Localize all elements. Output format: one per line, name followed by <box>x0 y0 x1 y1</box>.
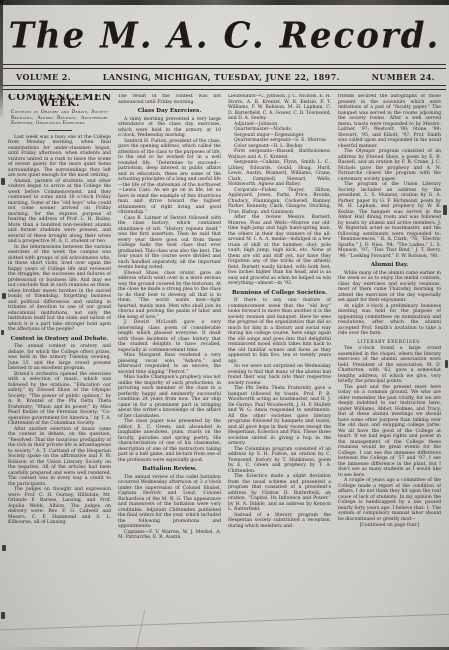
section-divider <box>48 130 72 131</box>
volume-label: VOLUME 2. <box>16 72 71 82</box>
column-3: Lieutenants—C. Johnson, J. C. Nichols, E… <box>228 94 331 650</box>
paragraph: Elwood Shaw, class orator, gave an addre… <box>118 271 221 321</box>
newspaper-page: The M. A. C. Record. VOLUME 2. LANSING, … <box>0 0 449 650</box>
paragraph: Instead of a literary program the Hesper… <box>228 513 331 530</box>
scan-artifact-speck <box>1 178 5 185</box>
paragraph: Sergeants—Calkins, Flynn, Smith L. C., L… <box>228 160 331 188</box>
scan-artifact-top-edge <box>0 0 449 5</box>
scan-artifact-speck <box>443 205 447 215</box>
paragraph: So we were not surprised on Wednesday ev… <box>228 364 331 386</box>
paragraph: J. Dewitt McLouth gave a very interestin… <box>118 320 221 353</box>
masthead: The M. A. C. Record. <box>0 0 449 64</box>
paragraph: The Olympic program consisted of an addr… <box>338 149 441 182</box>
paragraph: Ten o’clock found a large crowd assemble… <box>338 346 441 385</box>
paragraph: A rainy morning prevented a very large a… <box>118 117 221 139</box>
paragraph: The result of the contest was not announ… <box>118 94 221 105</box>
paragraph: Lieutenants—C. Johnson, J. C. Nichols, E… <box>228 94 331 122</box>
article-section-heading: Contest in Oratory and Debate. <box>8 337 111 343</box>
article-section-heading: Alumni Day. <box>338 263 441 269</box>
paragraph: In the intermissions between the various… <box>8 245 111 333</box>
paragraph: After the review Messrs. Burnett, Monroe… <box>228 215 331 287</box>
issue-number-label: NUMBER 24. <box>372 72 435 82</box>
paragraph: Captains—F. V. Warren, W. J. Merkel, A. … <box>118 530 221 541</box>
paragraph: friends secured the autographs of those … <box>338 94 441 149</box>
article-section-heading: Reunions of College Societies. <box>228 291 331 297</box>
scan-artifact-speck <box>1 612 5 619</box>
paragraph: The Columbian program consisted of an ad… <box>228 447 331 475</box>
paragraph: First sergeants—Russell, Bartholomew, Wa… <box>228 149 331 160</box>
scan-artifact-left-edge <box>0 0 3 120</box>
paragraph: Bristol’s orchestra opened the exercises… <box>8 372 111 427</box>
paragraph: The past and the present meet here today… <box>338 385 441 479</box>
paragraph: Alumni, parents of students, and other v… <box>8 179 111 245</box>
article-section-heading: Battalion Review. <box>118 467 221 473</box>
paragraph: The judges on thought and expression wer… <box>8 487 111 526</box>
paragraph: Corporals—Fisher, Thayer, Hilton, Appley… <box>228 188 331 216</box>
contents-summary: Contests in Oratory and Debate, Society … <box>8 110 111 127</box>
paragraph: The program of the Union Literary Societ… <box>338 182 441 259</box>
article-subheading: LITERARY EXERCISES. <box>338 340 441 346</box>
article-columns: COMMENCEMENT WEEK.Contests in Oratory an… <box>0 90 449 650</box>
scan-artifact-speck <box>2 545 6 551</box>
column-2: The result of the contest was not announ… <box>118 94 221 650</box>
paragraph: Miss Margaret Bass rendered a very pleas… <box>118 353 221 375</box>
paragraph: The class paper was presented by the edi… <box>118 419 221 463</box>
paragraph: The Phi Delta Theta Fraternity gave a ba… <box>228 386 331 447</box>
place-date-label: LANSING, MICHIGAN, TUESDAY, JUNE 22, 189… <box>71 72 372 82</box>
scan-artifact-speck <box>445 360 448 368</box>
paragraph: While many of the alumni came earlier in… <box>338 271 441 304</box>
paragraph: Sanford H. Fulton, president of the clas… <box>118 139 221 216</box>
scan-artifact-speck <box>1 330 4 335</box>
paragraph: If there is any one feature of commencem… <box>228 298 331 364</box>
scan-artifact-speck <box>2 293 6 299</box>
paragraph: Miss Sadie Champion’s prophecy was not u… <box>118 375 221 419</box>
paragraph: At eight o’clock a preliminary business … <box>338 304 441 337</box>
paragraph: The Eclectics made a slight deviation fr… <box>228 474 331 513</box>
article-section-heading: Class Day Exercises. <box>118 109 221 115</box>
dateline: VOLUME 2. LANSING, MICHIGAN, TUESDAY, JU… <box>0 69 449 85</box>
paragraph: After another selection of music came th… <box>8 427 111 488</box>
column-4: friends secured the autographs of those … <box>338 94 441 650</box>
paragraph: The annual contest in oratory and debate… <box>8 344 111 372</box>
paragraph: A couple of years ago a committee of the… <box>338 478 441 522</box>
column-1: COMMENCEMENT WEEK.Contests in Oratory an… <box>8 94 111 650</box>
paragraph: Cass B. Laitner of Detroit followed with… <box>118 216 221 271</box>
paragraph: Last week was a busy one at the College … <box>8 135 111 179</box>
continued-notice: [Continued on page four.] <box>338 523 441 529</box>
paragraph: Quartermaster sergeant—S. E. Morrow. <box>228 138 331 144</box>
article-main-heading: COMMENCEMENT WEEK. <box>8 95 111 106</box>
paragraph: The annual review of the cadet battalion… <box>118 475 221 530</box>
newspaper-title: The M. A. C. Record. <box>9 15 441 57</box>
